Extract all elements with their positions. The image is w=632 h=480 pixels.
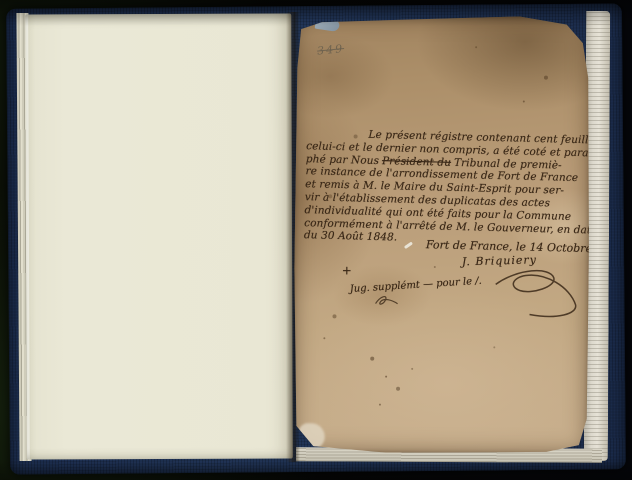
- handwritten-paragraph: Le présent régistre contenant cent feuil…: [304, 127, 591, 249]
- insertion-cross-mark: +: [342, 263, 352, 277]
- annotation-paraph: [374, 294, 400, 308]
- book-scan-photo: 349 Le présent régistre contenant cent f…: [0, 0, 632, 480]
- signature-paraph-flourish: [489, 264, 581, 323]
- struck-out-text: Président du: [382, 155, 451, 169]
- line-3-text: phé par Nous: [306, 153, 380, 167]
- pencil-folio-number: 349: [317, 42, 345, 58]
- marginal-annotation: Jug. supplémt — pour le /.: [349, 276, 482, 295]
- right-document-page: 349 Le présent régistre contenant cent f…: [293, 15, 591, 454]
- left-blank-flyleaf-page: [25, 14, 293, 460]
